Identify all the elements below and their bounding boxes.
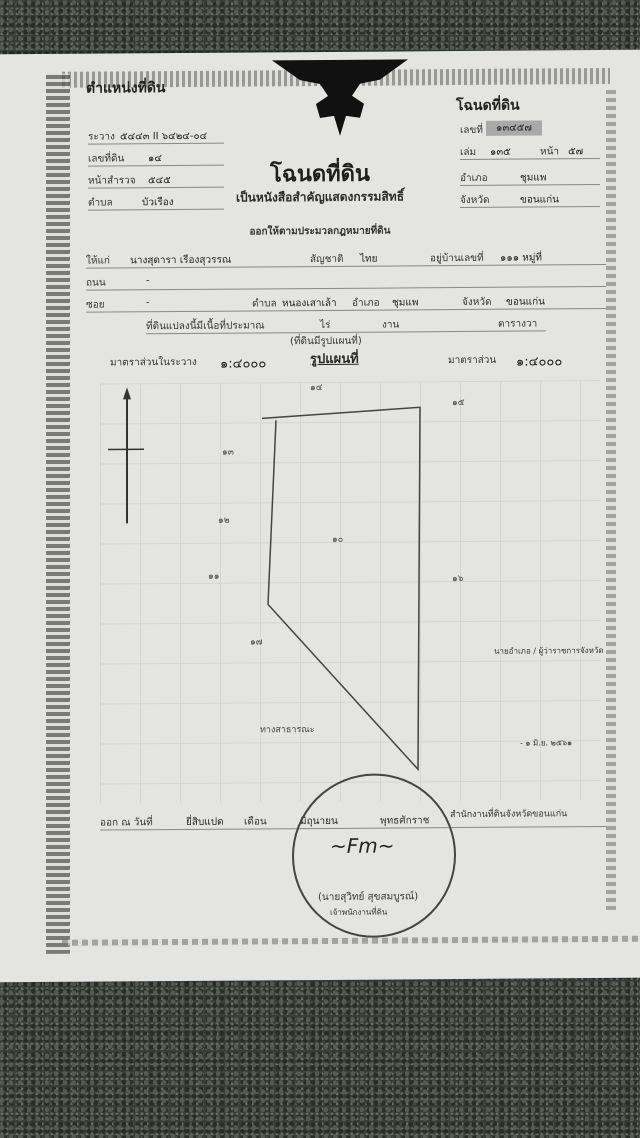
parcel-map: ๑๔ ๑๕ ๑๓ ๑๒ ๑๑ ๑๐ ๑๖ ๑๗ ทางสาธารณะ bbox=[100, 380, 600, 823]
day-value: ยี่สิบแปด bbox=[186, 815, 224, 830]
parcel-label: ๑๖ bbox=[452, 574, 464, 584]
rai-label: ไร่ bbox=[320, 318, 330, 333]
owner-amphoe-label: อำเภอ bbox=[352, 296, 380, 311]
garuda-emblem-icon bbox=[270, 57, 410, 138]
parcel-label: ๑๗ bbox=[250, 637, 263, 647]
parcel-label: ๑๕ bbox=[452, 398, 465, 408]
header-location: ตำแหน่งที่ดิน bbox=[86, 77, 166, 100]
header-deed: โฉนดที่ดิน bbox=[456, 95, 520, 117]
document-subtitle-2: ออกให้ตามประมวลกฎหมายที่ดิน bbox=[0, 222, 640, 241]
land-title-deed: ตำแหน่งที่ดิน โฉนดที่ดิน ระวาง ๕๔๔๓ II ๖… bbox=[0, 50, 640, 982]
office-name: สำนักงานที่ดินจังหวัดขอนแก่น bbox=[450, 806, 567, 821]
decorative-border-right bbox=[606, 90, 616, 910]
owner-amphoe-value: ชุมแพ bbox=[392, 295, 418, 310]
parcel-label: ทางสาธารณะ bbox=[260, 725, 315, 735]
issued-to-label: ให้แก่ bbox=[86, 253, 110, 268]
owner-province-value: ขอนแก่น bbox=[506, 294, 545, 309]
right-signature-note: นายอำเภอ / ผู้ว่าราชการจังหวัด bbox=[494, 644, 604, 658]
officer-name: (นายสุวิทย์ สุขสมบูรณ์) bbox=[318, 889, 418, 905]
officer-title: เจ้าพนักงานที่ดิน bbox=[330, 906, 387, 919]
rawang-label: ระวาง bbox=[88, 129, 115, 144]
decorative-border-bottom bbox=[62, 936, 640, 946]
owner-tambon-label: ตำบล bbox=[252, 296, 277, 311]
road-label: ถนน bbox=[86, 275, 106, 290]
parcel-label: ๑๔ bbox=[310, 383, 323, 393]
soi-label: ซอย bbox=[86, 298, 105, 313]
road-value: - bbox=[146, 275, 150, 286]
scale-right-label: มาตราส่วน bbox=[448, 353, 496, 368]
ngan-label: งาน bbox=[382, 317, 399, 332]
map-title: รูปแผนที่ bbox=[310, 348, 359, 369]
right-date: - ๑ มิ.ย. ๒๕๖๑ bbox=[520, 736, 572, 749]
deed-no-value: ๑๓๔๕๗ bbox=[486, 120, 542, 135]
scale-left-label: มาตราส่วนในระวาง bbox=[110, 355, 197, 371]
nationality-label: สัญชาติ bbox=[310, 252, 344, 267]
scale-right-value: ๑:๔๐๐๐ bbox=[516, 350, 562, 371]
month-label: เดือน bbox=[244, 814, 267, 829]
parcel-label: ๑๒ bbox=[218, 516, 230, 526]
address-value: ๑๑๑ หมู่ที่ bbox=[500, 250, 542, 265]
parcel-label: ๑๑ bbox=[208, 572, 219, 582]
parcel-label: ๑๐ bbox=[332, 535, 343, 545]
parcel-label: ๑๓ bbox=[222, 448, 234, 458]
nationality-value: ไทย bbox=[360, 252, 377, 267]
wa-label: ตารางวา bbox=[498, 316, 537, 331]
owner-province-label: จังหวัด bbox=[462, 295, 491, 310]
scale-left-value: ๑:๔๐๐๐ bbox=[220, 352, 266, 373]
deed-no-label: เลขที่ bbox=[460, 123, 483, 138]
soi-value: - bbox=[146, 297, 150, 308]
signature: ~Fm~ bbox=[330, 833, 395, 857]
